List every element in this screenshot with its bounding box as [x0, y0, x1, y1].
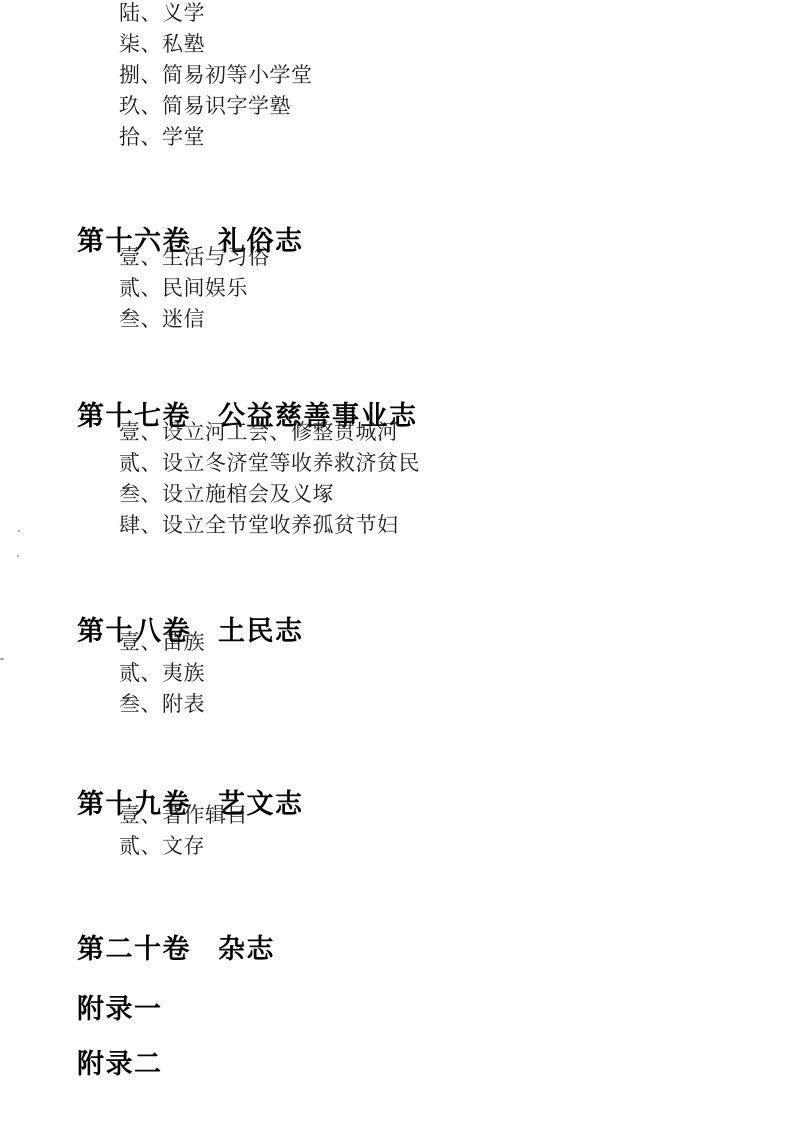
toc-subitem: 陆、义学: [119, 0, 313, 29]
toc-subitem: 贰、民间娱乐: [119, 273, 270, 304]
section-items-vol17: 壹、设立河工会、修整贯城河 贰、设立冬济堂等收养救济贫民 叁、设立施棺会及义塚 …: [119, 417, 420, 541]
toc-subitem: 壹、著作辑目: [119, 800, 248, 831]
scan-speck: [18, 530, 20, 532]
toc-subitem: 肆、设立全节堂收养孤贫节妇: [119, 510, 420, 541]
section-items-vol18: 壹、苗族 贰、夷族 叁、附表: [119, 627, 205, 720]
volume-title: 杂志: [218, 934, 275, 964]
toc-subitem: 玖、简易识字学塾: [119, 91, 313, 122]
toc-subitem: 贰、文存: [119, 831, 248, 862]
scan-speck: [17, 555, 19, 557]
toc-subitem: 叁、附表: [119, 689, 205, 720]
toc-subitem: 壹、设立河工会、修整贯城河: [119, 417, 420, 448]
toc-subitem: 叁、迷信: [119, 304, 270, 335]
scan-speck: [0, 658, 4, 660]
continuation-list: 陆、义学 柒、私塾 捌、简易初等小学堂 玖、简易识字学塾 拾、学堂: [119, 0, 313, 153]
appendix-label: 附录二: [77, 1049, 163, 1079]
toc-subitem: 贰、夷族: [119, 658, 205, 689]
scanned-toc-page: 陆、义学 柒、私塾 捌、简易初等小学堂 玖、简易识字学塾 拾、学堂 第十六卷礼俗…: [0, 0, 793, 1123]
toc-subitem: 拾、学堂: [119, 122, 313, 153]
appendix-heading-2: 附录二: [41, 1013, 163, 1115]
toc-subitem: 捌、简易初等小学堂: [119, 60, 313, 91]
toc-subitem: 叁、设立施棺会及义塚: [119, 479, 420, 510]
volume-title: 土民志: [218, 616, 304, 646]
section-items-vol19: 壹、著作辑目 贰、文存: [119, 800, 248, 862]
toc-subitem: 柒、私塾: [119, 29, 313, 60]
toc-subitem: 壹、生活与习俗: [119, 242, 270, 273]
toc-subitem: 贰、设立冬济堂等收养救济贫民: [119, 448, 420, 479]
section-items-vol16: 壹、生活与习俗 贰、民间娱乐 叁、迷信: [119, 242, 270, 335]
toc-subitem: 壹、苗族: [119, 627, 205, 658]
